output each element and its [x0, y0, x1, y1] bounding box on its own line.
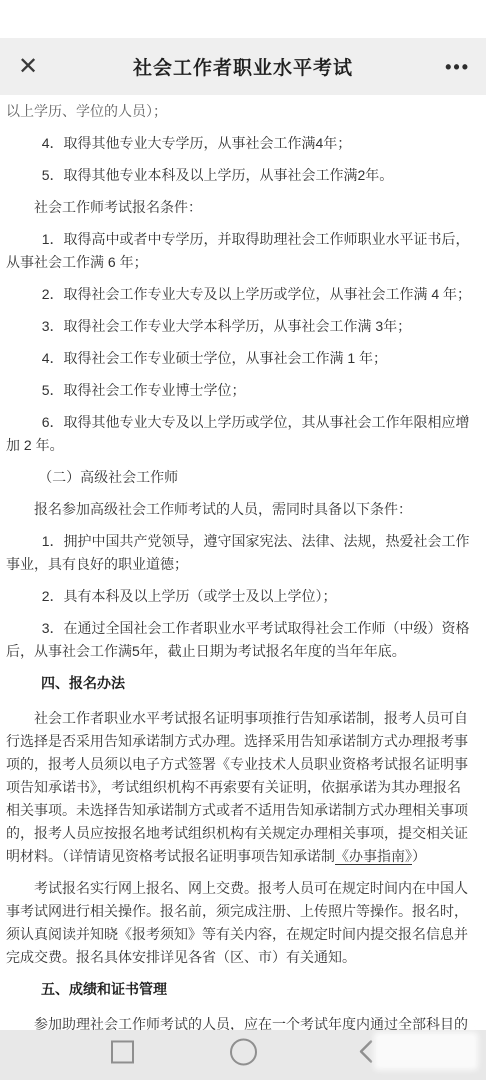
home-circle-icon [230, 1038, 257, 1065]
more-menu-button[interactable]: ••• [443, 54, 472, 80]
paragraph: 4．取得社会工作专业硕士学位，从事社会工作满 1 年； [6, 347, 480, 370]
section-heading: 四、报名办法 [6, 672, 480, 695]
paragraph: 4．取得其他专业大专学历，从事社会工作满4年； [6, 132, 480, 155]
android-navbar [0, 1030, 486, 1080]
blur-smudge [374, 1032, 478, 1070]
phone-screen: ✕ 社会工作者职业水平考试 ••• 以上学历、学位的人员）；4．取得其他专业大专… [0, 0, 486, 1080]
paragraph: 社会工作师考试报名条件： [6, 196, 480, 219]
section-heading: 五、成绩和证书管理 [6, 978, 480, 1001]
back-chevron-icon [358, 1038, 374, 1064]
paragraph: 5．取得社会工作专业博士学位； [6, 379, 480, 402]
titlebar: ✕ 社会工作者职业水平考试 ••• [0, 38, 486, 95]
recents-square-icon [111, 1040, 134, 1063]
more-icon: ••• [445, 57, 470, 77]
article: 以上学历、学位的人员）；4．取得其他专业大专学历，从事社会工作满4年；5．取得其… [0, 95, 486, 1080]
paragraph: 报名参加高级社会工作师考试的人员，需同时具备以下条件： [6, 498, 480, 521]
paragraph: 2．取得社会工作专业大专及以上学历或学位，从事社会工作满 4 年； [6, 283, 480, 306]
paragraph: 1．取得高中或者中专学历，并取得助理社会工作师职业水平证书后， 从事社会工作满 … [6, 228, 480, 274]
guide-link[interactable]: 《办事指南》 [335, 848, 412, 864]
page-title: 社会工作者职业水平考试 [133, 53, 353, 80]
close-button[interactable]: ✕ [8, 47, 48, 87]
paragraph: 2．具有本科及以上学历（或学士及以上学位）； [6, 585, 480, 608]
paragraph: 3．取得社会工作专业大学本科学历，从事社会工作满 3年； [6, 315, 480, 338]
paragraph: 社会工作者职业水平考试报名证明事项推行告知承诺制，报考人员可自 行选择是否采用告… [6, 707, 480, 868]
paragraph: 以上学历、学位的人员）； [6, 100, 480, 123]
paragraph: 5．取得其他专业本科及以上学历，从事社会工作满2年。 [6, 164, 480, 187]
paragraph: 6．取得其他专业大专及以上学历或学位，其从事社会工作年限相应增 加 2 年。 [6, 411, 480, 457]
home-button[interactable] [221, 1029, 265, 1073]
recents-button[interactable] [100, 1029, 144, 1073]
paragraph: 1．拥护中国共产党领导，遵守国家宪法、法律、法规，热爱社会工作 事业，具有良好的… [6, 530, 480, 576]
paragraph: （二）高级社会工作师 [6, 466, 480, 489]
paragraph: 考试报名实行网上报名、网上交费。报考人员可在规定时间内在中国人 事考试网进行相关… [6, 877, 480, 969]
paragraph: 3．在通过全国社会工作者职业水平考试取得社会工作师（中级）资格 后，从事社会工作… [6, 617, 480, 663]
status-bar-area [0, 0, 486, 38]
close-icon: ✕ [18, 53, 38, 80]
